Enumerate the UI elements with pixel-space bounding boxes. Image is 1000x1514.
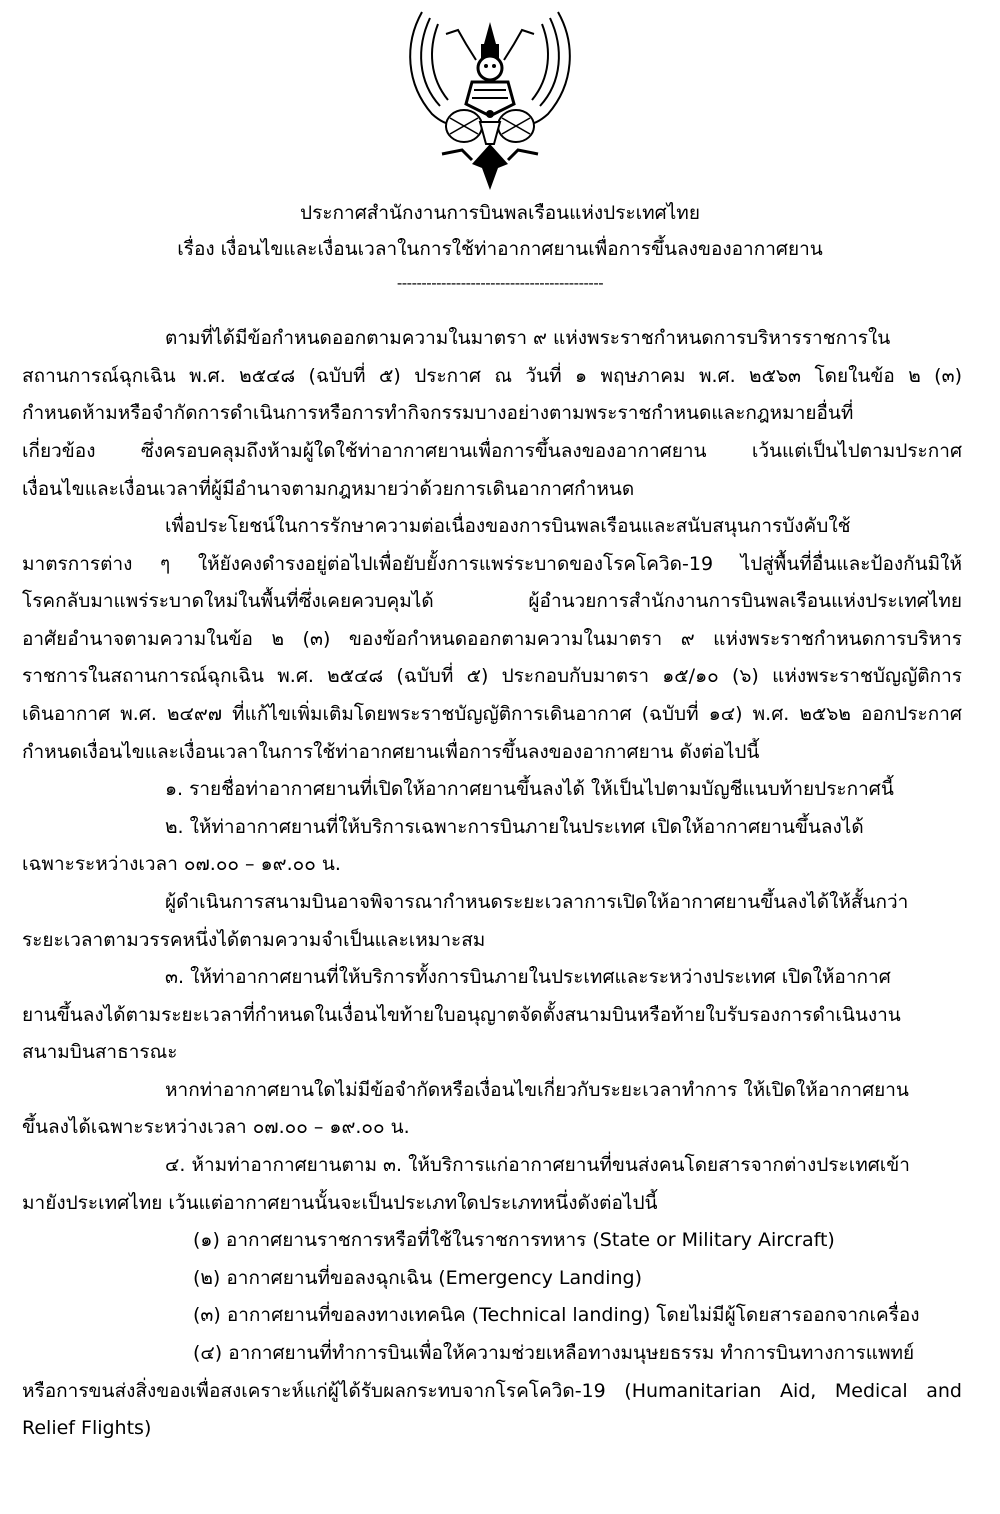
clause-1: ๑. รายชื่อท่าอากาศยานที่เปิดให้อากาศยานข… [165, 777, 894, 801]
body-line: ระยะเวลาตามวรรคหนึ่งได้ตามความจำเป็นและเ… [22, 928, 485, 952]
garuda-emblem-icon [402, 4, 578, 190]
body-line: เพื่อประโยชน์ในการรักษาความต่อเนื่องของก… [165, 514, 851, 538]
body-line: เดินอากาศ พ.ศ. ๒๔๙๗ ที่แก้ไขเพิ่มเติมโดย… [22, 702, 962, 726]
clause-2: ๒. ให้ท่าอากาศยานที่ให้บริการเฉพาะการบิน… [165, 815, 864, 839]
body-line: ผู้ดำเนินการสนามบินอาจพิจารณากำหนดระยะเว… [165, 890, 908, 914]
announcement-title: ประกาศสำนักงานการบินพลเรือนแห่งประเทศไทย [0, 201, 1000, 225]
body-line: ตามที่ได้มีข้อกำหนดออกตามความในมาตรา ๙ แ… [165, 326, 890, 350]
body-line: กำหนดห้ามหรือจำกัดการดำเนินการหรือการทำก… [22, 401, 962, 425]
body-line: สถานการณ์ฉุกเฉิน พ.ศ. ๒๕๔๘ (ฉบับที่ ๕) ป… [22, 364, 962, 388]
body-line: อาศัยอำนาจตามความในข้อ ๒ (๓) ของข้อกำหนด… [22, 627, 962, 651]
subclause-3: (๓) อากาศยานที่ขอลงทางเทคนิค (Technical … [193, 1303, 920, 1327]
body-line: เกี่ยวข้อง ซึ่งครอบคลุมถึงห้ามผู้ใดใช้ท่… [22, 439, 962, 463]
announcement-subject: เรื่อง เงื่อนไขและเงื่อนเวลาในการใช้ท่าอ… [0, 237, 1000, 261]
body-line: มาตรการต่าง ๆ ให้ยังคงดำรงอยู่ต่อไปเพื่อ… [22, 552, 962, 576]
subclause-1: (๑) อากาศยานราชการหรือที่ใช้ในราชการทหาร… [193, 1228, 835, 1252]
body-line: สนามบินสาธารณะ [22, 1040, 177, 1064]
body-line: เงื่อนไขและเงื่อนเวลาที่ผู้มีอำนาจตามกฎห… [22, 477, 634, 501]
body-line: หากท่าอากาศยานใดไม่มีข้อจำกัดหรือเงื่อนไ… [165, 1078, 909, 1102]
body-line: ขึ้นลงได้เฉพาะระหว่างเวลา ๐๗.๐๐ – ๑๙.๐๐ … [22, 1115, 410, 1139]
body-line: โรคกลับมาแพร่ระบาดใหม่ในพื้นที่ซึ่งเคยคว… [22, 589, 962, 613]
body-line: ยานขึ้นลงได้ตามระยะเวลาที่กำหนดในเงื่อนไ… [22, 1003, 962, 1027]
body-line: เฉพาะระหว่างเวลา ๐๗.๐๐ – ๑๙.๐๐ น. [22, 852, 341, 876]
body-line: กำหนดเงื่อนไขและเงื่อนเวลาในการใช้ท่าอาก… [22, 740, 759, 764]
body-line: ราชการในสถานการณ์ฉุกเฉิน พ.ศ. ๒๕๔๘ (ฉบับ… [22, 664, 962, 688]
clause-3: ๓. ให้ท่าอากาศยานที่ให้บริการทั้งการบินภ… [165, 965, 891, 989]
subclause-4: (๔) อากาศยานที่ทำการบินเพื่อให้ความช่วยเ… [193, 1341, 914, 1365]
title-divider: ----------------------------------------… [0, 274, 1000, 292]
clause-4: ๔. ห้ามท่าอากาศยานตาม ๓. ให้บริการแก่อาก… [165, 1153, 910, 1177]
body-line: Relief Flights) [22, 1416, 151, 1440]
subclause-2: (๒) อากาศยานที่ขอลงฉุกเฉิน (Emergency La… [193, 1266, 642, 1290]
body-line: หรือการขนส่งสิ่งของเพื่อสงเคราะห์แก่ผู้ไ… [22, 1379, 962, 1403]
body-line: มายังประเทศไทย เว้นแต่อากาศยานนั้นจะเป็น… [22, 1191, 658, 1215]
